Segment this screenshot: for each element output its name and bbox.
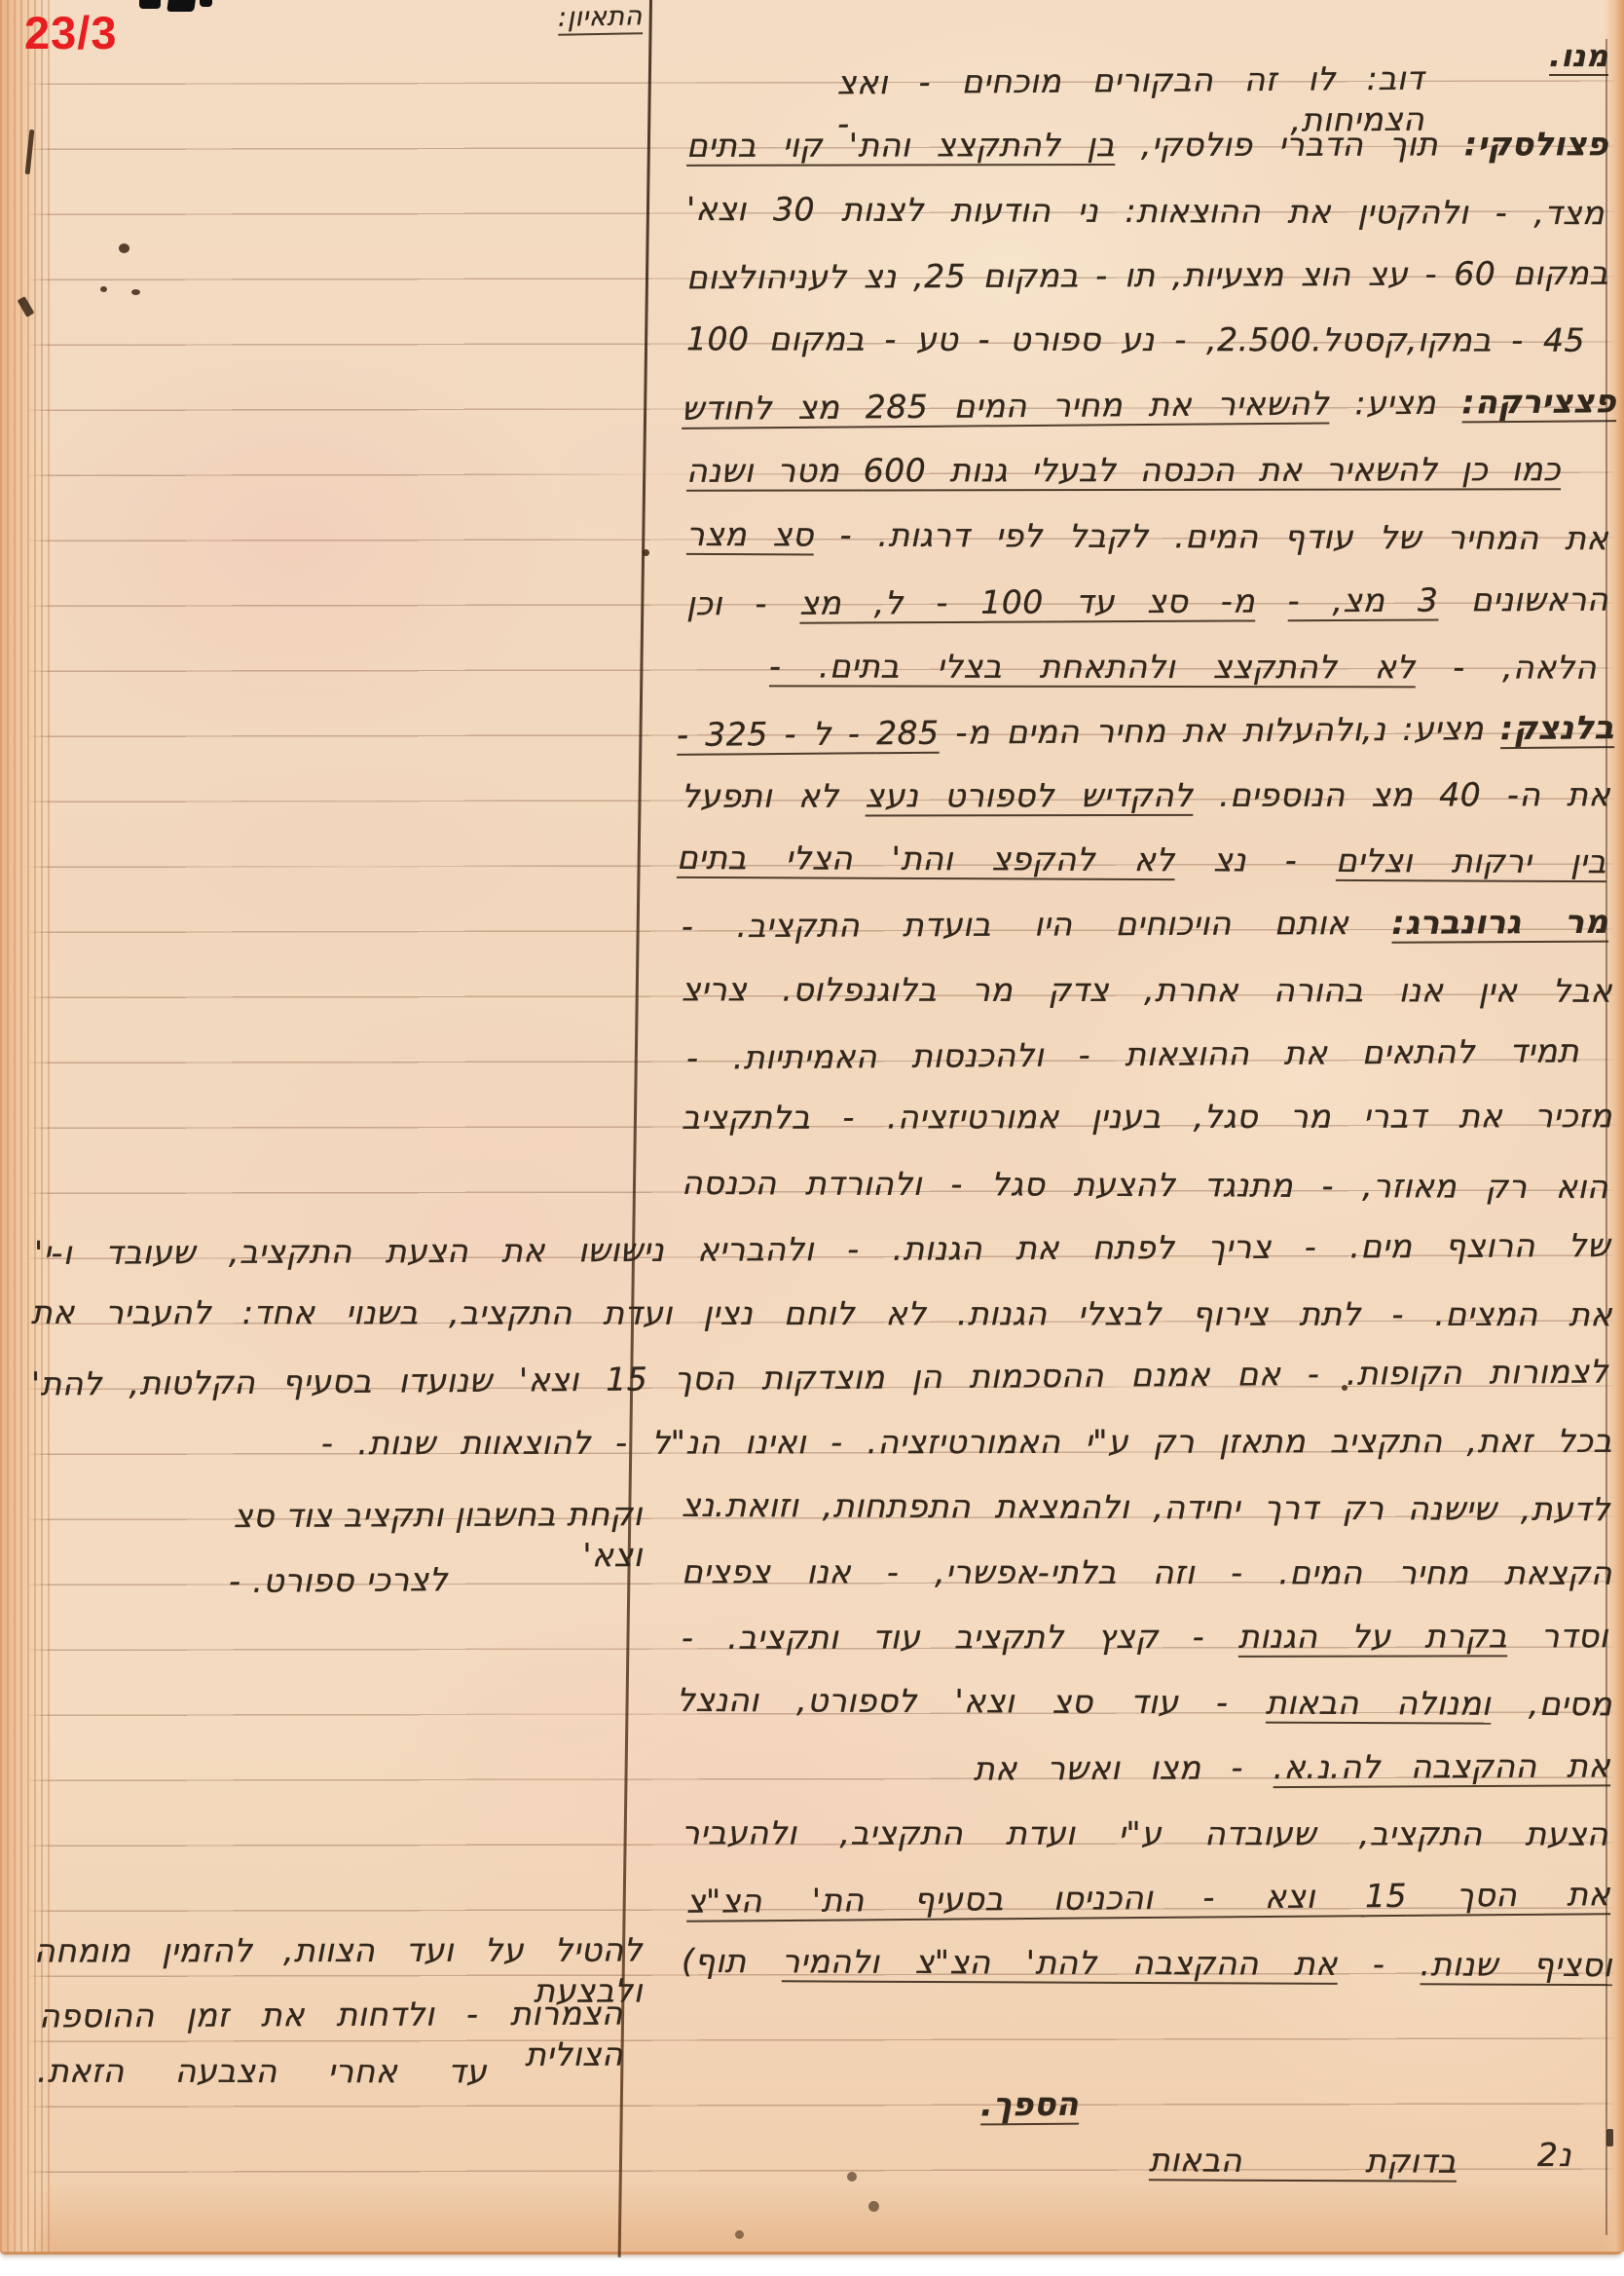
ink-speck (131, 289, 140, 295)
handwriting: הצעת התקציב, שעובדה ע"י ועדת התקציב, ולה… (682, 1813, 1608, 1852)
handwriting: - קצץ לתקציב עוד ותקציב. - (682, 1618, 1238, 1657)
handwritten-line: וסדר בקרת על הגנות - קצץ לתקציב עוד ותקצ… (682, 1616, 1608, 1659)
margin-header-label: התאיון: (558, 1, 643, 33)
underlined-handwriting: 3 מצ, - (1288, 581, 1439, 620)
handwritten-line: מזכיר את דברי מר סגל, בענין אמורטיזציה. … (682, 1096, 1612, 1138)
underlined-handwriting: בין ירקות וצלים (1336, 841, 1606, 880)
handwritten-line: במקום 60 - עצ הוצ מצעיות, תו - במקום 25,… (686, 253, 1608, 299)
scanned-notebook-page: { "stamp": { "page_number": "23/3", "col… (0, 0, 1624, 2276)
handwriting: תוף) (682, 1942, 782, 1980)
underlined-handwriting: בן להתקצצ והת' קוי בתים (686, 126, 1115, 165)
handwriting: - עוד סצ וצא' לספורט, והנצל (677, 1681, 1266, 1722)
handwritten-line: הלאה, - לא להתקצצ ולהתאחת בצלי בתים. - (769, 646, 1597, 688)
underlined-handwriting: בדוקת הבאות (1149, 2141, 1457, 2180)
handwritten-line: את המחיר של עודף המים. לקבל לפי דרגות. -… (686, 514, 1608, 559)
handwriting: עד אחרי הצבעה הזאת. (37, 2052, 487, 2091)
handwriting: את המחיר של עודף המים. לקבל לפי דרגות. - (814, 515, 1608, 557)
underlined-handwriting: את ההקצבה להת' הצ"צ ולהמיר (782, 1942, 1338, 1983)
underlined-handwriting: להשאיר את מחיר המים 285 מצ לחודש (682, 385, 1329, 428)
page-number-stamp: 23/3 (24, 6, 117, 59)
handwritten-line: לצמורות הקופות. - אם אמנם ההסכמות הן מוצ… (31, 1351, 1608, 1404)
handwritten-line: עד אחרי הצבעה הזאת. (37, 2051, 487, 2093)
handwriting: בכל זאת, התקציב מתאזן רק ע"י האמורטיזציה… (321, 1422, 1612, 1462)
handwriting: - (1338, 1945, 1421, 1983)
handwritten-line: בלנצק: מציע: נ,ולהעלות את מחיר המים מ- 2… (677, 707, 1614, 756)
handwriting: לא ותפעל (682, 777, 866, 815)
handwriting: - מצו ואשר את (974, 1748, 1273, 1788)
handwriting: תמיד להתאים את ההוצאות - ולהכנסות האמיתי… (686, 1031, 1579, 1076)
handwritten-line: הספך. (980, 2084, 1079, 2126)
handwritten-line: את ההקצבה לה.נ.א. - מצו ואשר את (974, 1745, 1610, 1789)
handwriting: לצמורות הקופות. - אם אמנם ההסכמות הן מוצ… (31, 1352, 1608, 1402)
handwritten-line: מסים, ומנולה הבאות - עוד סצ וצא' לספורט,… (677, 1680, 1612, 1725)
paper-sheet: 23/3 התאיון: מנו. דוב: לו זה הבקורים מוכ… (0, 0, 1624, 2255)
underlined-handwriting: ומנולה הבאות (1266, 1684, 1492, 1723)
underlined-handwriting: 285 - ל - 325 - (677, 714, 940, 754)
ink-speck (847, 2172, 857, 2182)
handwritten-line: של הרוצף מים. - צריך לפתח את הגנות. - ול… (34, 1225, 1610, 1274)
handwriting: תוך הדברי פולסקי, (1115, 125, 1464, 164)
underlined-handwriting: כמו כן להשאיר את הכנסה לבעלי גנות 600 מט… (686, 450, 1561, 490)
handwritten-line: לדעת, שישנה רק דרך יחידה, ולהמצאת התפתחו… (682, 1485, 1610, 1530)
handwriting: 45 - במקו,קסטל.2.500, - נע ספורט - טע - … (686, 319, 1585, 358)
underlined-handwriting: מ- סצ עד 100 - ל, מצ (799, 581, 1255, 621)
handwriting: מזכיר את דברי מר סגל, בענין אמורטיזציה. … (682, 1097, 1612, 1137)
handwriting: הראשונים (1438, 580, 1608, 619)
handwriting: אותם הויכוחים היו בועדת התקציב. - (682, 904, 1392, 946)
handwriting: מציע: נ,ולהעלות את מחיר המים מ- (939, 709, 1500, 752)
handwriting: מצד, - ולהקטין את ההוצאות: ני הודעות לצנ… (686, 190, 1605, 232)
ink-speck (643, 549, 649, 556)
handwritten-line: את ה- 40 מצ הנוספים. להקדיש לספורט נעצ ל… (682, 774, 1610, 817)
cropped-ink-mark (166, 0, 196, 12)
handwritten-line: בכל זאת, התקציב מתאזן רק ע"י האמורטיזציה… (321, 1421, 1612, 1464)
handwriting: פצולסקי: (1464, 125, 1608, 163)
handwritten-line: בדוקת הבאות (1149, 2140, 1457, 2182)
binding-edge (0, 0, 51, 2252)
handwriting: מסים, (1491, 1685, 1612, 1724)
handwriting: - נצ (1175, 840, 1336, 879)
margin-rule-line (618, 0, 652, 2257)
handwriting: במקום 60 - עצ הוצ מצעיות, תו - במקום 25,… (686, 254, 1608, 297)
handwriting (1255, 581, 1288, 619)
handwritten-line: וסציף שנות. - את ההקצבה להת' הצ"צ ולהמיר… (682, 1941, 1612, 1986)
ink-speck (868, 2201, 879, 2212)
handwriting: הקצאת מחיר המים. - וזה בלתי-אפשרי, - אנו… (682, 1552, 1612, 1591)
underlined-handwriting: פצצירקה: (1461, 382, 1616, 421)
handwritten-line: מצד, - ולהקטין את ההוצאות: ני הודעות לצנ… (686, 189, 1605, 234)
handwritten-line: פצולסקי: תוך הדברי פולסקי, בן להתקצצ והת… (686, 124, 1608, 167)
handwritten-line: כמו כן להשאיר את הכנסה לבעלי גנות 600 מט… (686, 449, 1561, 492)
handwriting: מציע: (1329, 383, 1462, 422)
handwritten-line: אבל אין אנו בהורה אחרת, צדק מר בלוגנפלוס… (682, 969, 1612, 1011)
handwritten-line: תמיד להתאים את ההוצאות - ולהכנסות האמיתי… (686, 1030, 1579, 1078)
handwriting: את המצים. - לתת צירוף לבצלי הגנות. לא לו… (31, 1293, 1612, 1333)
underlined-handwriting: סצ מצר (686, 515, 814, 554)
ink-speck (1342, 1385, 1347, 1391)
handwritten-line: פצצירקה: מציע: להשאיר את מחיר המים 285 מ… (682, 381, 1616, 429)
ink-speck (100, 286, 107, 292)
underlined-handwriting: מר גרונברג: (1391, 903, 1608, 942)
underlined-handwriting: להקדיש לספורט נעצ (866, 776, 1194, 815)
ink-speck (119, 243, 129, 253)
underlined-handwriting: בקרת על הגנות (1238, 1617, 1507, 1655)
handwritten-line: את הסך 15 וצא - והכניסו בסעיף הת' הצ"צ (686, 1874, 1610, 1922)
ink-smear (1606, 2129, 1613, 2146)
handwriting: לדעת, שישנה רק דרך יחידה, ולהמצאת התפתחו… (682, 1486, 1610, 1528)
handwritten-line: לצרכי ספורט. - (229, 1559, 448, 1602)
handwriting: אבל אין אנו בהורה אחרת, צדק מר בלוגנפלוס… (682, 970, 1612, 1009)
handwriting: וסדר (1507, 1617, 1608, 1655)
handwriting: הוא רק מאוזר, - מתנגד להצעת סגל - ולהורד… (682, 1164, 1608, 1206)
handwritten-line: בין ירקות וצלים - נצ לא להקפצ והת' הצלי … (677, 838, 1606, 882)
top-right-label: מנו. (1549, 39, 1608, 74)
underlined-handwriting: את הסך 15 וצא - והכניסו בסעיף הת' הצ"צ (686, 1875, 1610, 1921)
handwriting: נ2 (1537, 2136, 1571, 2174)
handwritten-line: את המצים. - לתת צירוף לבצלי הגנות. לא לו… (31, 1292, 1612, 1335)
handwritten-line: 45 - במקו,קסטל.2.500, - נע ספורט - טע - … (686, 318, 1585, 360)
handwriting: - וכן (686, 584, 799, 623)
cropped-ink-mark (200, 0, 212, 7)
ink-speck (735, 2230, 744, 2239)
underlined-handwriting: לא להתקצצ ולהתאחת בצלי בתים. - (769, 647, 1416, 686)
handwritten-line: הצעת התקציב, שעובדה ע"י ועדת התקציב, ולה… (682, 1812, 1608, 1854)
cropped-ink-mark (139, 0, 161, 9)
underlined-handwriting: את ההקצבה לה.נ.א. (1273, 1746, 1610, 1786)
underlined-handwriting: בלנצק: (1500, 708, 1614, 747)
handwriting: הלאה, - (1416, 648, 1597, 686)
handwritten-line: הראשונים 3 מצ, - מ- סצ עד 100 - ל, מצ - … (686, 579, 1608, 625)
handwriting: של הרוצף מים. - צריך לפתח את הגנות. - ול… (34, 1226, 1610, 1272)
underlined-handwriting: הספך. (980, 2085, 1079, 2124)
handwritten-line: הוא רק מאוזר, - מתנגד להצעת סגל - ולהורד… (682, 1163, 1608, 1208)
handwritten-line: נ2 (1537, 2135, 1571, 2176)
handwriting: לצרכי ספורט. - (229, 1560, 448, 1600)
underlined-handwriting: לא להקפצ והת' הצלי בתים (677, 839, 1175, 878)
handwritten-line: הקצאת מחיר המים. - וזה בלתי-אפשרי, - אנו… (682, 1551, 1612, 1593)
handwriting: את ה- 40 מצ הנוספים. (1193, 775, 1610, 814)
underlined-handwriting: וסציף שנות. (1420, 1945, 1612, 1984)
handwritten-line: מר גרונברג: אותם הויכוחים היו בועדת התקצ… (682, 902, 1608, 948)
